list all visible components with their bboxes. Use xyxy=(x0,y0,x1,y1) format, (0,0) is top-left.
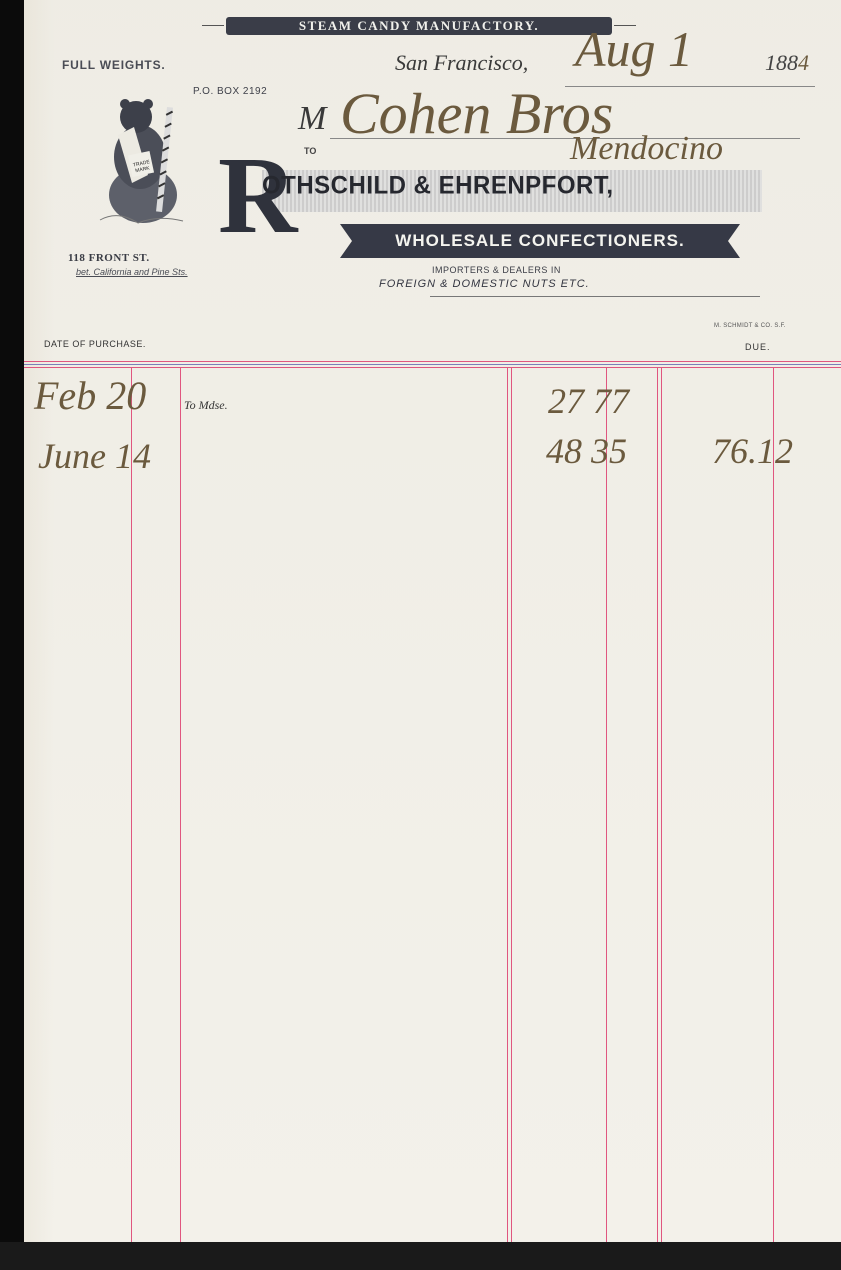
manufactory-banner: STEAM CANDY MANUFACTORY. xyxy=(226,17,612,35)
entry-amount: 48 35 xyxy=(546,430,627,472)
column-rule xyxy=(773,368,774,1242)
date-of-purchase-header: DATE OF PURCHASE. xyxy=(44,339,146,349)
entry-amount: 27 77 xyxy=(548,380,629,422)
full-weights-label: FULL WEIGHTS. xyxy=(62,58,166,72)
column-rule-double xyxy=(507,368,512,1242)
year-prefix: 188 xyxy=(765,50,798,75)
business-type-banner: WHOLESALE CONFECTIONERS. xyxy=(340,224,740,258)
goods-underline xyxy=(430,296,760,297)
entry-total: 76.12 xyxy=(712,430,793,472)
column-rule xyxy=(180,368,181,1242)
goods-label: FOREIGN & DOMESTIC NUTS ETC. xyxy=(379,278,590,290)
year-handwritten: 4 xyxy=(798,50,809,75)
header-rule-red-top xyxy=(24,361,841,362)
entry-description: To Mdse. xyxy=(184,398,228,413)
city-printed: San Francisco, xyxy=(395,50,528,76)
column-rule xyxy=(606,368,607,1242)
importers-label: IMPORTERS & DEALERS IN xyxy=(432,265,561,275)
po-box: P.O. BOX 2192 xyxy=(193,86,267,97)
printer-credit: M. SCHMIDT & CO. S.F. xyxy=(714,323,786,329)
column-rule-double xyxy=(657,368,662,1242)
header-rule-red-bottom xyxy=(24,367,841,368)
street-address: 118 FRONT ST. xyxy=(68,252,150,264)
column-rule xyxy=(131,368,132,1242)
cross-streets: bet. California and Pine Sts. xyxy=(76,267,188,277)
firm-name: OTHSCHILD & EHRENPFORT, xyxy=(262,171,614,200)
scan-border xyxy=(0,1242,841,1270)
year-printed: 1884 xyxy=(765,50,809,76)
to-label: TO xyxy=(304,146,316,156)
header-rule-blue xyxy=(24,364,841,365)
entry-date: Feb 20 xyxy=(34,372,146,419)
due-header: DUE. xyxy=(745,342,771,352)
date-handwritten: Aug 1 xyxy=(575,20,693,78)
recipient-prefix: M xyxy=(298,100,326,138)
location-handwritten: Mendocino xyxy=(570,130,723,168)
entry-date: June 14 xyxy=(38,435,151,477)
bear-trademark-icon: TRADE MARK xyxy=(98,95,188,230)
